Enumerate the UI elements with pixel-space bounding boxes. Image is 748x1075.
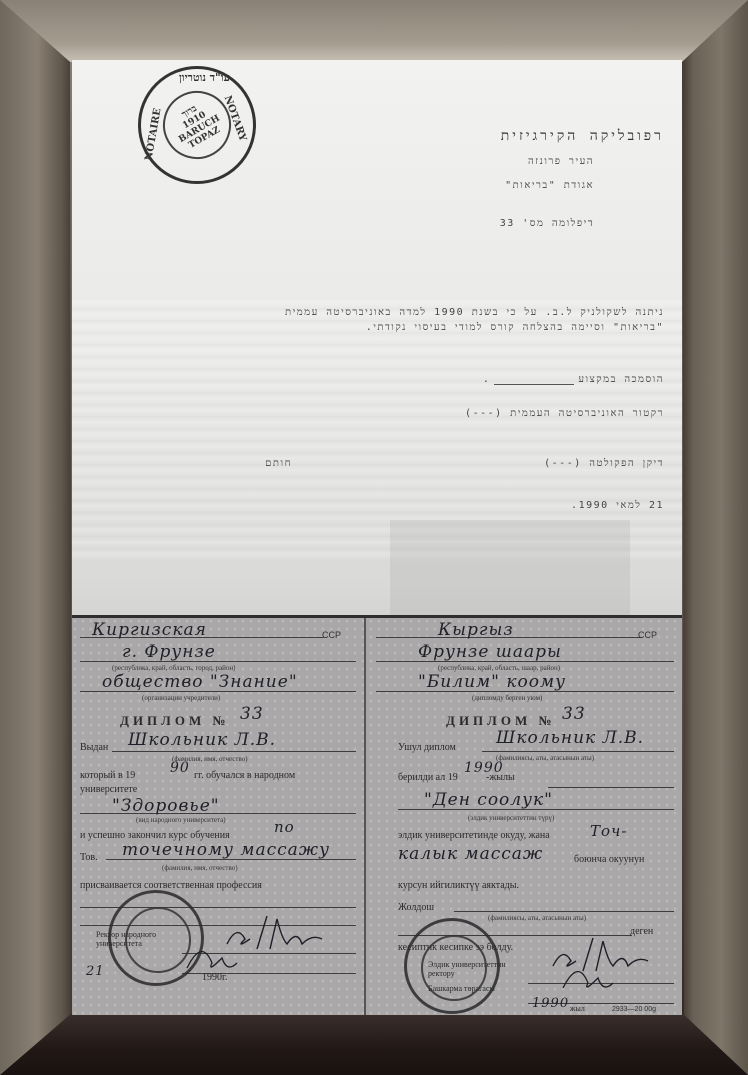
study-suffix: боюнча окуунун <box>574 854 644 865</box>
year-handwritten-bottom: 1990 <box>532 996 569 1011</box>
diploma-heading: ДИПЛОМ № <box>446 713 556 729</box>
date-line: 21 למאי 1990. <box>571 500 664 511</box>
org-caption: (организации учредители) <box>142 694 220 702</box>
diploma-heading: ДИПЛОМ № <box>120 713 230 729</box>
date-day: 21 <box>86 964 105 979</box>
completed-handwritten: по <box>274 818 295 836</box>
university-caption: (элдик университеттин түрү) <box>468 814 554 822</box>
print-code: 2933—20 00g <box>612 1006 656 1013</box>
org-caption: (дипломду берген уюм) <box>472 694 542 702</box>
republic-handwritten: Киргизская <box>92 620 207 640</box>
study-label: элдик университетинде окуду, жана <box>398 830 550 841</box>
year-row <box>548 770 674 788</box>
stamp-ring-notaire: NOTAIRE <box>144 107 164 161</box>
profession-label: הוסמכה במקצוע <box>578 374 664 385</box>
profession-blank <box>494 376 574 385</box>
university-label: университете <box>80 784 137 795</box>
russian-diploma-card: Киргизская ССР г. Фрунзе (республика, кр… <box>72 618 366 1015</box>
seal-label: חותם <box>265 458 292 469</box>
issued-label: Ушул диплом <box>398 742 456 753</box>
year-suffix: гг. обучался в народном <box>194 770 295 781</box>
rector-line: רקטור האוניברסיטה העממית (---) <box>465 408 664 419</box>
header-association: אגודת "בריאות" <box>505 180 594 191</box>
framed-document: עו"ד נוטריון NOTARY NOTAIRE ברוך 1910 BA… <box>72 60 682 1015</box>
stamp-ring-hebrew: עו"ד נוטריון <box>179 71 230 84</box>
header-city: העיר פרונזה <box>528 156 594 167</box>
course-caption: (фамилия, имя, отчество) <box>162 864 238 872</box>
round-seal-stamp <box>404 918 500 1014</box>
name-caption: (фамилиясы, аты, атасынын аты) <box>496 754 594 762</box>
year-suffix: -жылы <box>486 772 515 783</box>
org-handwritten: общество "Знание" <box>102 672 298 692</box>
diploma-number: 33 <box>562 704 586 724</box>
body-line-2: "בריאות" וסיימה בהצלחה קורס למודי בעיסוי… <box>366 322 664 333</box>
university-handwritten: "Ден соолук" <box>424 790 553 810</box>
frame-right-edge <box>680 0 748 1075</box>
course-label: Тов. <box>80 852 98 863</box>
course-handwritten: точечному массажу <box>122 840 330 860</box>
comrade-row <box>454 894 674 912</box>
republic-handwritten: Кыргыз <box>438 620 514 640</box>
city-handwritten: г. Фрунзе <box>122 642 216 662</box>
org-handwritten: "Билим" коому <box>418 672 566 692</box>
notary-stamp: עו"ד נוטריון NOTARY NOTAIRE ברוך 1910 BA… <box>138 66 256 184</box>
city-caption: (республика, край, область, город, район… <box>112 664 236 672</box>
profession-line: הוסמכה במקצוע. <box>483 374 664 385</box>
body-line-1: ניתנה לשקולניק ל.ב. על כי בשנת 1990 למדה… <box>285 307 664 318</box>
year-handwritten: 90 <box>170 760 190 776</box>
kyrgyz-diploma-card: Кыргыз ССР Фрунзе шаары (республика, кра… <box>368 618 682 1015</box>
frame-left-edge <box>0 0 74 1075</box>
course-finished-label: курсун ийгиликтүү аяктады. <box>398 880 519 891</box>
ssr-label: ССР <box>638 630 657 640</box>
issued-name: Школьник Л.В. <box>128 730 276 750</box>
study-handwritten-2: калык массаж <box>398 844 543 864</box>
frame-bottom-edge <box>0 1013 748 1075</box>
diploma-number: דיפלומה מס' 33 <box>500 218 594 229</box>
ssr-label: ССР <box>322 630 341 640</box>
comrade-label: Жолдош <box>398 902 434 913</box>
dean-line: דיקן הפקולטה (---) <box>544 458 664 469</box>
chair-signature <box>558 958 618 998</box>
year-prefix: который в 19 <box>80 770 135 781</box>
diploma-number: 33 <box>240 704 264 724</box>
issued-label: Выдан <box>80 742 108 753</box>
university-handwritten: "Здоровье" <box>112 796 220 816</box>
frame-top-edge <box>0 0 748 62</box>
year-label: жыл <box>570 1004 585 1013</box>
year-prefix: берилди ал 19 <box>398 772 458 783</box>
stamp-center: ברוך 1910 BARUCH TOPAZ <box>151 79 244 172</box>
city-caption: (республика, край, область, шаар, район) <box>438 664 560 672</box>
soviet-diploma-cards: Киргизская ССР г. Фрунзе (республика, кр… <box>72 615 682 1015</box>
city-handwritten: Фрунзе шаары <box>418 642 562 662</box>
issued-name: Школьник Л.В. <box>496 728 644 748</box>
header-republic: רפובליקה הקירגיזית <box>501 128 664 145</box>
study-handwritten-1: Точ- <box>590 822 627 840</box>
university-caption: (вид народного университета) <box>136 816 226 824</box>
chair-signature <box>182 938 242 978</box>
